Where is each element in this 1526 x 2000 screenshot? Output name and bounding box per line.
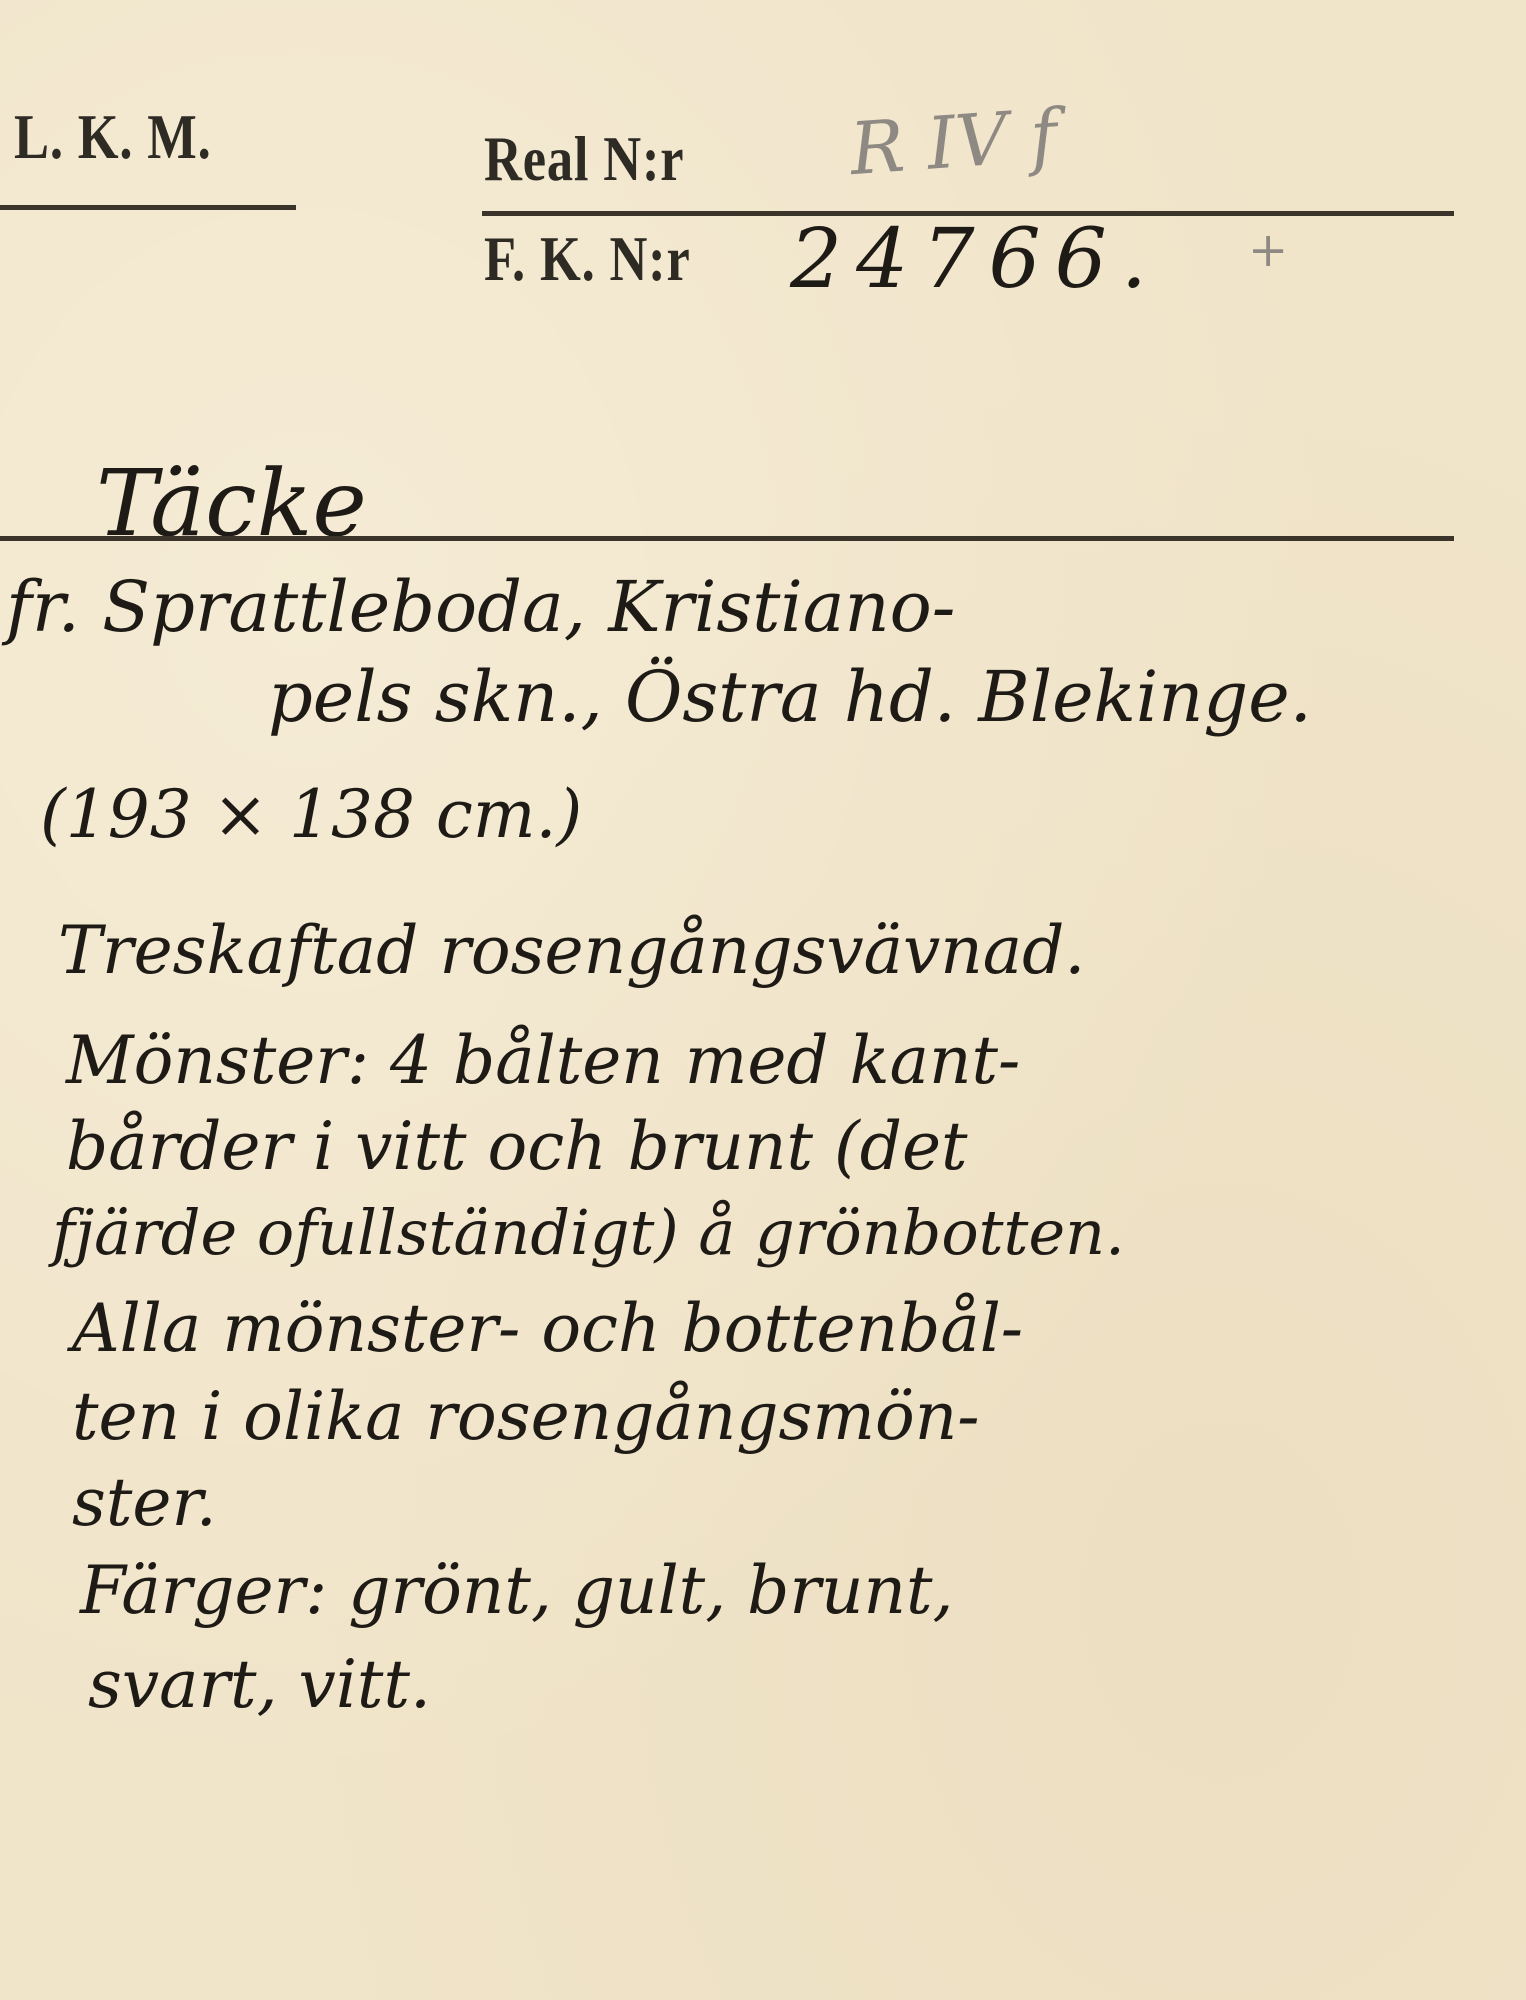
- technique-line: Treskaftad rosengångsvävnad.: [58, 912, 1085, 989]
- pattern-line-5: ten i olika rosengångsmön-: [72, 1378, 980, 1455]
- fk-nr-value: 24766.: [790, 212, 1161, 307]
- institution-label: L. K. M.: [14, 100, 212, 174]
- title-rule: [0, 536, 1454, 541]
- provenance-line-2: pels skn., Östra hd. Blekinge.: [268, 656, 1312, 738]
- pattern-line-2: bårder i vitt och brunt (det: [66, 1108, 968, 1185]
- catalog-card: L. K. M. Real N:r R IV f F. K. N:r 24766…: [0, 0, 1526, 2000]
- fk-nr-label: F. K. N:r: [484, 222, 691, 296]
- fk-nr-mark: +: [1248, 222, 1288, 278]
- dimensions-line: (193 × 138 cm.): [40, 776, 582, 853]
- pattern-line-1: Mönster: 4 bålten med kant-: [66, 1022, 1020, 1099]
- pattern-line-6: ster.: [72, 1464, 217, 1541]
- pattern-line-3: fjärde ofullständigt) å grönbotten.: [52, 1196, 1125, 1269]
- real-nr-label: Real N:r: [484, 122, 684, 196]
- real-nr-value: R IV f: [847, 93, 1059, 191]
- institution-rule: [0, 205, 296, 210]
- pattern-line-4: Alla mönster- och bottenbål-: [72, 1290, 1023, 1367]
- provenance-line-1: fr. Sprattleboda, Kristiano-: [6, 566, 955, 648]
- colors-line-2: svart, vitt.: [88, 1646, 431, 1723]
- colors-line-1: Färger: grönt, gult, brunt,: [80, 1552, 953, 1629]
